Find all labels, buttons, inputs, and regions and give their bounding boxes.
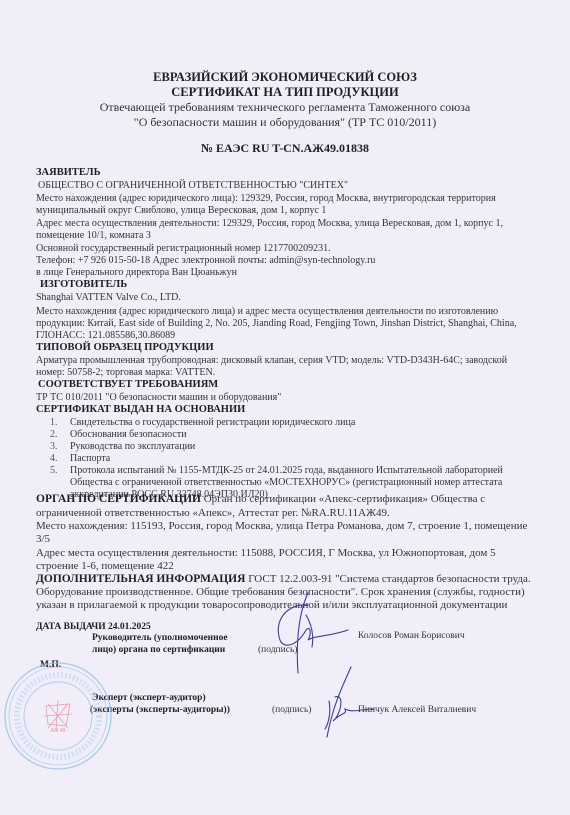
basis-item-text: Обоснования безопасности <box>70 429 187 440</box>
basis-item-number: 5. <box>50 465 70 477</box>
product-line-2: номер: 50758-2; торговая марка: VATTEN. <box>36 367 215 379</box>
manufacturer-address-1: Место нахождения (адрес юридического лиц… <box>36 306 498 318</box>
applicant-representative: в лице Генерального директора Ван Цюаньж… <box>36 267 237 279</box>
applicant-heading: ЗАЯВИТЕЛЬ <box>36 167 101 179</box>
basis-list-item: 2.Обоснования безопасности <box>50 429 187 441</box>
applicant-legal-address-2: муниципальный округ Свиблово, улица Вере… <box>36 205 326 217</box>
cert-body-line-2: ограниченной ответственностью «Апекс», А… <box>36 507 390 519</box>
cert-body-line-1: ОРГАН ПО СЕРТИФИКАЦИИ Орган по сертифика… <box>36 493 485 505</box>
applicant-legal-address-1: Место нахождения (адрес юридического лиц… <box>36 193 496 205</box>
applicant-activity-address-1: Адрес места осуществления деятельности: … <box>36 218 503 230</box>
basis-item-number: 3. <box>50 441 70 453</box>
certificate-page: ЕВРАЗИЙСКИЙ ЭКОНОМИЧЕСКИЙ СОЮЗ СЕРТИФИКА… <box>0 0 570 815</box>
applicant-contacts: Телефон: +7 926 015-50-18 Адрес электрон… <box>36 255 375 267</box>
regulation-subtitle-2: "О безопасности машин и оборудования" (Т… <box>0 115 570 130</box>
cert-body-address-1: Место нахождения: 115193, Россия, город … <box>36 520 527 532</box>
basis-item-text: Паспорта <box>70 453 110 464</box>
official-stamp-icon: АЖ 49 <box>2 660 114 772</box>
manufacturer-address-2: продукции: Китай, East side of Building … <box>36 318 517 330</box>
head-role-2: лицо) органа по сертификации <box>92 644 225 656</box>
basis-list-item: 1.Свидетельства о государственной регист… <box>50 417 355 429</box>
basis-item-number: 1. <box>50 417 70 429</box>
document-type-title: СЕРТИФИКАТ НА ТИП ПРОДУКЦИИ <box>0 85 570 100</box>
union-title: ЕВРАЗИЙСКИЙ ЭКОНОМИЧЕСКИЙ СОЮЗ <box>0 70 570 85</box>
product-line-1: Арматура промышленная трубопроводная: ди… <box>36 355 507 367</box>
additional-heading: ДОПОЛНИТЕЛЬНАЯ ИНФОРМАЦИЯ <box>36 573 245 585</box>
applicant-name: ОБЩЕСТВО С ОГРАНИЧЕННОЙ ОТВЕТСТВЕННОСТЬЮ… <box>38 180 348 192</box>
applicant-activity-address-2: помещение 10/1, комната 3 <box>36 230 151 242</box>
expert-signature-icon <box>315 665 375 740</box>
svg-text:АЖ 49: АЖ 49 <box>51 728 66 734</box>
applicant-ogrn: Основной государственный регистрационный… <box>36 243 331 255</box>
cert-body-heading: ОРГАН ПО СЕРТИФИКАЦИИ <box>36 493 201 505</box>
cert-body-activity-1: Адрес места осуществления деятельности: … <box>36 547 496 559</box>
basis-list-item: 5.Протокола испытаний № 1155-МТДК-25 от … <box>50 465 503 477</box>
basis-list-item: 4.Паспорта <box>50 453 110 465</box>
basis-item-text: Руководства по эксплуатации <box>70 441 195 452</box>
regulation-subtitle-1: Отвечающей требованиям технического регл… <box>0 100 570 115</box>
conformity-heading: СООТВЕТСТВУЕТ ТРЕБОВАНИЯМ <box>38 379 218 391</box>
basis-item-text: Свидетельства о государственной регистра… <box>70 417 355 428</box>
basis-item-number: 2. <box>50 429 70 441</box>
certificate-number: № ЕАЭС RU T-CN.АЖ49.01838 <box>0 141 570 156</box>
basis-item-text: Общества с ограниченной ответственностью… <box>70 477 502 488</box>
head-role-1: Руководитель (уполномоченное <box>92 632 228 644</box>
manufacturer-heading: ИЗГОТОВИТЕЛЬ <box>40 279 127 291</box>
product-heading: ТИПОВОЙ ОБРАЗЕЦ ПРОДУКЦИИ <box>36 342 214 354</box>
head-signature-icon <box>268 585 378 675</box>
cert-body-activity-2: строение 1-6, помещение 422 <box>36 560 174 572</box>
conformity-text: ТР ТС 010/2011 "О безопасности машин и о… <box>36 392 281 404</box>
cert-body-address-2: 3/5 <box>36 533 50 545</box>
basis-heading: СЕРТИФИКАТ ВЫДАН НА ОСНОВАНИИ <box>36 404 245 416</box>
additional-text-1: ГОСТ 12.2.003-91 "Система стандартов без… <box>248 573 530 585</box>
basis-item-number: 4. <box>50 453 70 465</box>
manufacturer-glonass: ГЛОНАСС: 121.085586,30.86089 <box>36 330 175 342</box>
expert-name: Пинчук Алексей Виталиевич <box>358 704 476 716</box>
cert-body-text-1: Орган по сертификации «Апекс-сертификаци… <box>204 493 485 505</box>
basis-list-item-continuation: Общества с ограниченной ответственностью… <box>70 477 502 489</box>
additional-line-1: ДОПОЛНИТЕЛЬНАЯ ИНФОРМАЦИЯ ГОСТ 12.2.003-… <box>36 573 531 585</box>
manufacturer-name: Shanghai VATTEN Valve Co., LTD. <box>36 292 181 304</box>
expert-signature-label: (подпись) <box>272 704 311 716</box>
basis-list-item: 3.Руководства по эксплуатации <box>50 441 195 453</box>
basis-item-text: Протокола испытаний № 1155-МТДК-25 от 24… <box>70 465 503 476</box>
